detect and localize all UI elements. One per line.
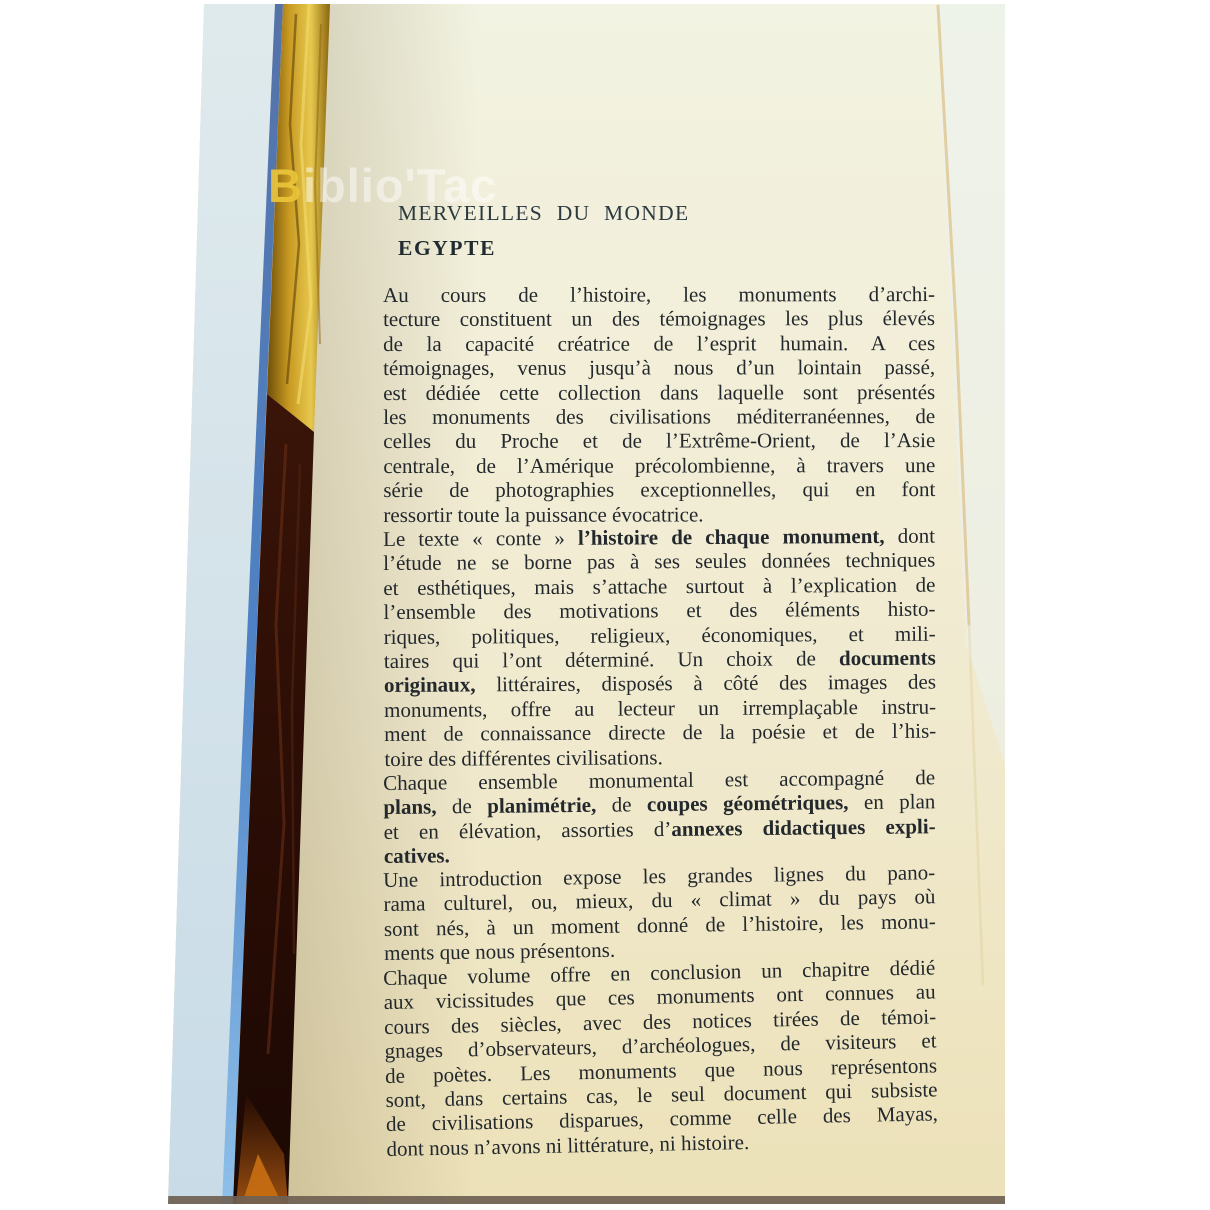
text-line: l’étude ne se borne pas à ses seules don…	[383, 548, 935, 576]
text-line: tecture constituent un des témoignages l…	[383, 306, 935, 331]
text-line: Au cours de l’histoire, les monuments d’…	[383, 282, 935, 307]
paragraph: Le texte « conte » l’histoire de chaque …	[383, 524, 936, 771]
volume-title: EGYPTE	[398, 236, 689, 261]
text-line: celles du Proche et de l’Extrême-Orient,…	[383, 428, 935, 453]
text-line: l’ensemble des motivations et des élémen…	[383, 597, 935, 625]
text-line: originaux, littéraires, disposés à côté …	[384, 670, 936, 698]
paragraph: Chaque volume offre en conclusion un cha…	[383, 955, 939, 1161]
text-line: série de photographies exceptionnelles, …	[383, 477, 935, 502]
text-line: témoignages, venus jusqu’à nous d’un loi…	[383, 355, 935, 380]
text-line: riques, politiques, religieux, économiqu…	[384, 621, 936, 649]
book-photo: Biblio'Tac MERVEILLES DU MONDE EGYPTE Au…	[168, 4, 1005, 1204]
paragraph: Chaque ensemble monumental est accompagn…	[383, 765, 936, 868]
text-line: les monuments des civilisations méditerr…	[383, 404, 935, 429]
text-line: de la capacité créatrice de l’esprit hum…	[383, 331, 935, 356]
photo-canvas: { "watermark": { "prefix": "B", "rest": …	[0, 0, 1210, 1210]
text-line: est dédiée cette collection dans laquell…	[383, 380, 935, 405]
text-line: taires qui l’ont déterminé. Un choix de …	[384, 645, 936, 673]
body-text: Au cours de l’histoire, les monuments d’…	[383, 283, 935, 1161]
text-line: et esthétiques, mais s’attache surtout à…	[383, 572, 935, 600]
photo-bottom-edge	[168, 1196, 1005, 1204]
watermark: Biblio'Tac	[268, 158, 497, 213]
watermark-initial: B	[268, 159, 303, 212]
text-line: centrale, de l’Amérique précolombienne, …	[383, 453, 935, 478]
text-line: ressortir toute la puissance évocatrice.	[383, 502, 935, 527]
text-line: ment de connaissance directe de la poési…	[384, 719, 936, 747]
text-line: Le texte « conte » l’histoire de chaque …	[383, 524, 935, 552]
text-line: monuments, offre au lecteur un irremplaç…	[384, 694, 936, 722]
paragraph: Au cours de l’histoire, les monuments d’…	[383, 282, 935, 527]
watermark-text: iblio'Tac	[303, 159, 497, 212]
paragraph: Une introduction expose les grandes lign…	[383, 861, 936, 966]
